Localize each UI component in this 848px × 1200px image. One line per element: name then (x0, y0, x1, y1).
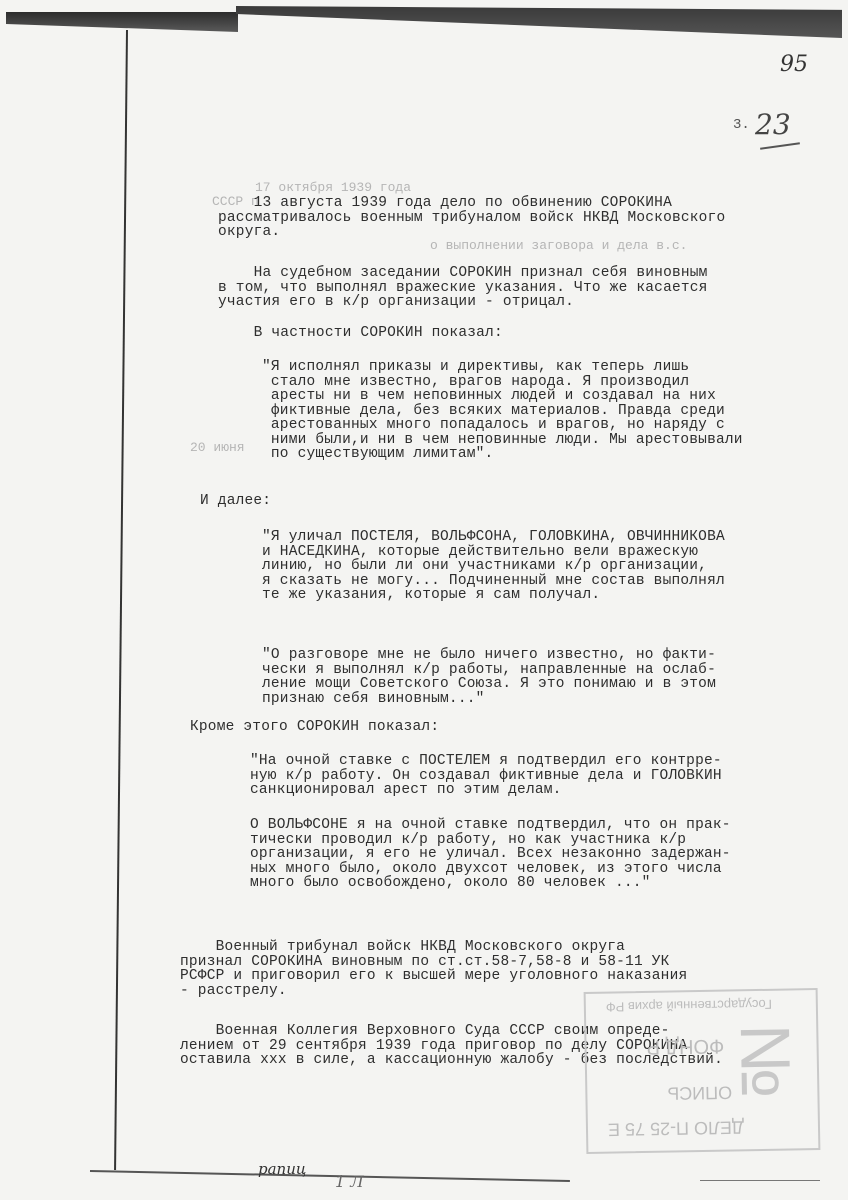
text-line: "На очной ставке с ПОСТЕЛЕМ я подтвердил… (250, 754, 722, 769)
text-line: много было освобождено, около 80 человек… (250, 876, 731, 891)
text-line: участия его в к/р организации - отрицал. (218, 295, 708, 310)
text-line: На судебном заседании СОРОКИН признал се… (218, 266, 708, 281)
text-line: В частности СОРОКИН показал: (218, 326, 503, 341)
text-line: организации, я его не уличал. Всех незак… (250, 847, 731, 862)
text-line: стало мне известно, врагов народа. Я про… (262, 375, 743, 390)
text-line: признал СОРОКИНА виновным по ст.ст.58-7,… (180, 955, 687, 970)
text-line: фиктивные дела, без всяких материалов. П… (262, 404, 743, 419)
paragraph: На судебном заседании СОРОКИН признал се… (218, 266, 708, 310)
text-line: признаю себя виновным..." (262, 692, 716, 707)
text-line: округа. (218, 225, 725, 240)
text-line: 13 августа 1939 года дело по обвинению С… (218, 196, 725, 211)
paragraph: О ВОЛЬФСОНЕ я на очной ставке подтвердил… (250, 818, 731, 891)
folio-number: 23 (755, 108, 791, 141)
folio-handwritten-top: 95 (780, 52, 808, 77)
text-line: ных много было, около двухсот человек, и… (250, 862, 731, 877)
text-line: Кроме этого СОРОКИН показал: (190, 720, 439, 735)
text-line: О ВОЛЬФСОНЕ я на очной ставке подтвердил… (250, 818, 731, 833)
text-line: "Я исполнял приказы и директивы, как теп… (262, 360, 743, 375)
page-left-edge (114, 30, 128, 1170)
archive-stamp: Государственный архив РФ ФОНД Р ОПИСЬ ДЕ… (584, 988, 821, 1154)
text-line: И далее: (200, 494, 271, 509)
paragraph: 13 августа 1939 года дело по обвинению С… (218, 196, 725, 240)
paragraph: Военный трибунал войск НКВД Московского … (180, 940, 687, 998)
page-bottom-edge (90, 1170, 570, 1182)
text-line: линию, но были ли они участниками к/р ор… (262, 559, 725, 574)
stamp-line-fond: ФОНД Р (646, 1034, 724, 1058)
paragraph: "Я уличал ПОСТЕЛЯ, ВОЛЬФСОНА, ГОЛОВКИНА,… (262, 530, 725, 603)
paragraph: В частности СОРОКИН показал: (218, 326, 503, 341)
paragraph: "Я исполнял приказы и директивы, как теп… (262, 360, 743, 462)
text-line: РСФСР и приговорил его к высшей мере уго… (180, 969, 687, 984)
paragraph: Кроме этого СОРОКИН показал: (190, 720, 439, 735)
text-line: те же указания, которые я сам получал. (262, 588, 725, 603)
page-bottom-edge-right (700, 1180, 820, 1181)
paragraph: "О разговоре мне не было ничего известно… (262, 648, 716, 706)
text-line: "Я уличал ПОСТЕЛЯ, ВОЛЬФСОНА, ГОЛОВКИНА,… (262, 530, 725, 545)
stamp-line-delo: ДЕЛО П-25 75 Е (608, 1116, 744, 1139)
text-line: ление мощи Советского Союза. Я это поним… (262, 677, 716, 692)
text-line: чески я выполнял к/р работы, направленны… (262, 663, 716, 678)
scan-top-shadow-right (236, 6, 842, 38)
ghost-margin-note: 20 июня (190, 440, 245, 455)
paragraph: И далее: (200, 494, 271, 509)
text-line: в том, что выполнял вражеские указания. … (218, 281, 708, 296)
stamp-number-mark: № (725, 1023, 806, 1099)
text-line: аресты ни в чем неповинных людей и созда… (262, 389, 743, 404)
folio-underline (760, 142, 800, 150)
text-line: "О разговоре мне не было ничего известно… (262, 648, 716, 663)
folio-prefix: 3. (733, 117, 750, 133)
bottom-mark: 1 Л (335, 1172, 364, 1191)
bottom-handwriting: рапиц (258, 1160, 306, 1178)
text-line: ними были,и ни в чем неповинные люди. Мы… (262, 433, 743, 448)
text-line: я сказать не могу... Подчиненный мне сос… (262, 574, 725, 589)
text-line: арестованных много попадалось и врагов, … (262, 418, 743, 433)
text-line: тически проводил к/р работу, но как учас… (250, 833, 731, 848)
paragraph: "На очной ставке с ПОСТЕЛЕМ я подтвердил… (250, 754, 722, 798)
text-line: ную к/р работу. Он создавал фиктивные де… (250, 769, 722, 784)
text-line: рассматривалось военным трибуналом войск… (218, 211, 725, 226)
ghost-underlay-date: 17 октября 1939 года (255, 180, 411, 195)
text-line: по существующим лимитам". (262, 447, 743, 462)
text-line: Военный трибунал войск НКВД Московского … (180, 940, 687, 955)
stamp-line-archive: Государственный архив РФ (606, 997, 772, 1015)
scan-top-shadow-left (6, 12, 238, 32)
text-line: санкционировал арест по этим делам. (250, 783, 722, 798)
text-line: и НАСЕДКИНА, которые действительно вели … (262, 545, 725, 560)
stamp-line-opis: ОПИСЬ (667, 1081, 732, 1103)
ghost-underlay-line-2: о выполнении заговора и дела в.с. (430, 238, 687, 253)
